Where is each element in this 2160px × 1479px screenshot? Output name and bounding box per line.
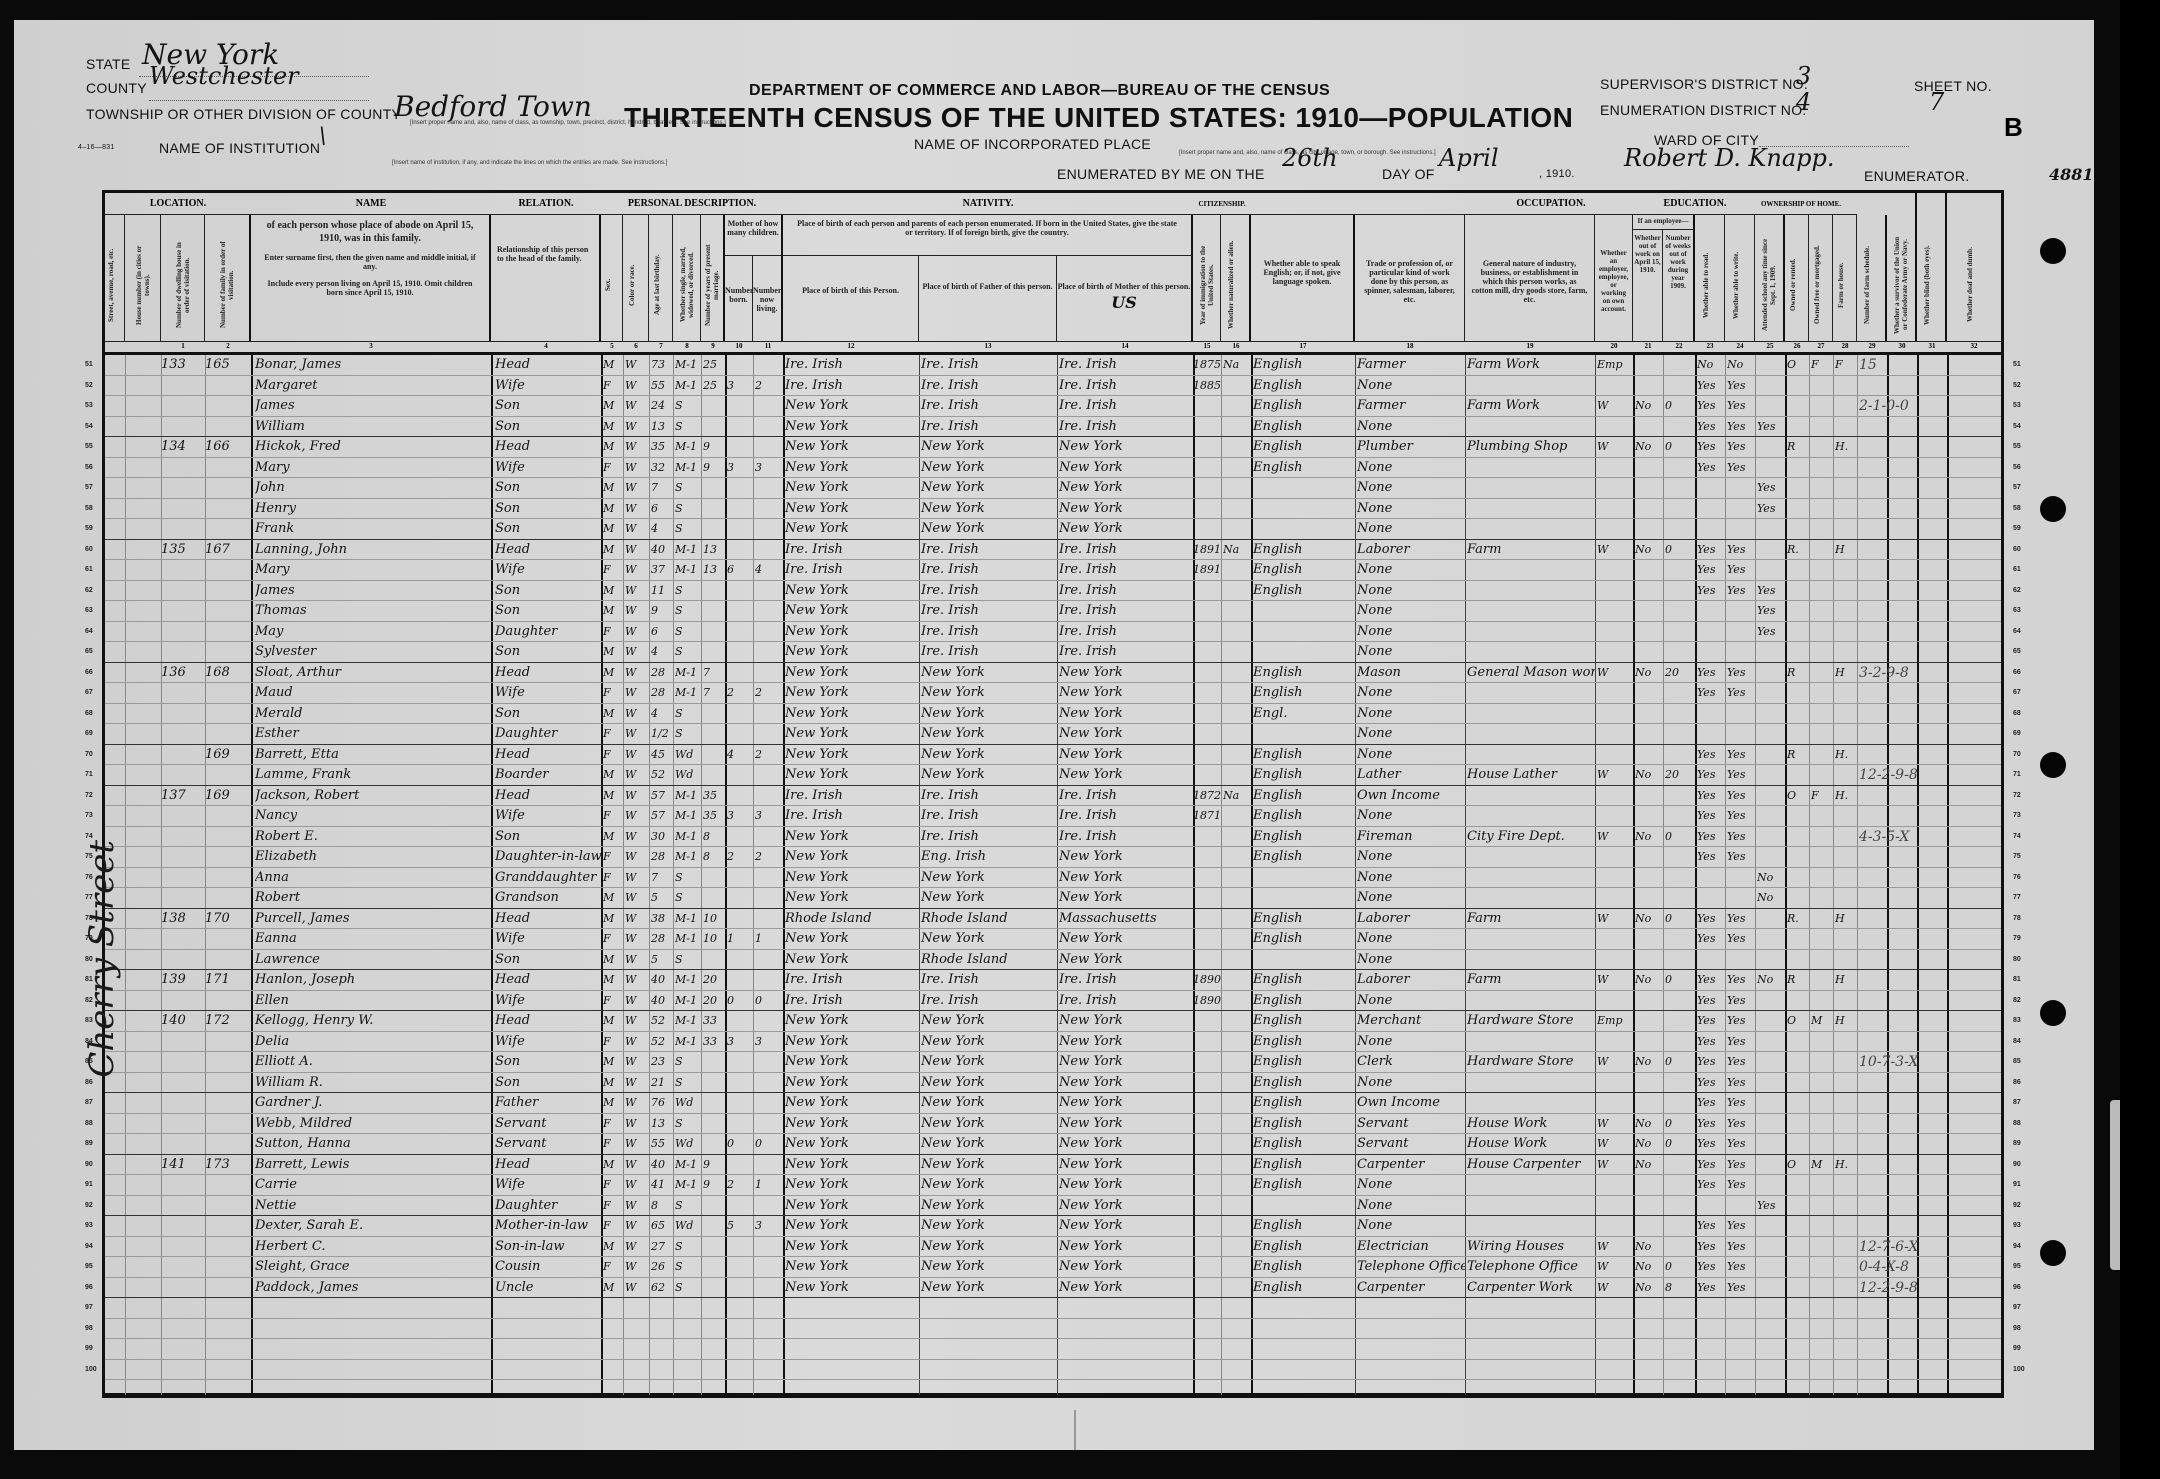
line-number: 57 <box>85 484 93 491</box>
person-name: Kellogg, Henry W. <box>255 1011 491 1031</box>
owned-rented <box>1787 1134 1809 1154</box>
table-row: 5959FrankSonMW4SNew YorkNew YorkNew York… <box>105 519 2001 540</box>
hdr-out-of-work: Whether out of work on April 15, 1910. <box>1634 234 1661 274</box>
person-name: Delia <box>255 1032 491 1052</box>
race: W <box>625 663 649 683</box>
hdr-name-note1: Enter surname first, then the given name… <box>259 253 481 271</box>
farm-house <box>1835 991 1857 1011</box>
weeks-out <box>1665 519 1695 539</box>
dwelling-number: 134 <box>161 437 205 457</box>
dwelling-number <box>161 1093 205 1113</box>
farm-schedule <box>1859 458 1949 478</box>
farm-schedule <box>1859 704 1949 724</box>
birthplace: New York <box>785 417 919 437</box>
occupation: Own Income <box>1357 1093 1465 1113</box>
father-birthplace: New York <box>921 1175 1057 1195</box>
immigration-year <box>1193 1196 1223 1216</box>
mother-birthplace: New York <box>1059 683 1193 703</box>
farm-schedule <box>1859 1073 1949 1093</box>
line-number: 97 <box>85 1304 93 1311</box>
children-born: 3 <box>727 376 753 396</box>
sex: M <box>603 1278 623 1298</box>
years-married <box>703 581 725 601</box>
census-table: LOCATION. NAME RELATION. PERSONAL DESCRI… <box>102 190 2004 1398</box>
children-living: 0 <box>755 1134 783 1154</box>
occupation: Own Income <box>1357 786 1465 806</box>
owned-rented <box>1787 1257 1809 1277</box>
line-number-right: 52 <box>2013 382 2021 389</box>
punch-hole <box>2040 496 2066 522</box>
owned-rented: O <box>1787 1011 1809 1031</box>
immigration-year <box>1193 1011 1223 1031</box>
immigration-year <box>1193 1114 1223 1134</box>
speaks-english: English <box>1253 1052 1355 1072</box>
line-number: 70 <box>85 751 93 758</box>
immigration-year <box>1193 847 1223 867</box>
sex: M <box>603 540 623 560</box>
colnum: 27 <box>1809 342 1833 350</box>
sex: M <box>603 355 623 375</box>
farm-house <box>1835 1175 1857 1195</box>
colnum: 25 <box>1755 342 1785 350</box>
can-read: Yes <box>1697 396 1725 416</box>
free-mortgaged <box>1811 745 1833 765</box>
speaks-english: English <box>1253 786 1355 806</box>
industry <box>1467 622 1595 642</box>
line-number-right: 66 <box>2013 669 2021 676</box>
marital-status: S <box>675 724 701 744</box>
father-birthplace: Ire. Irish <box>921 396 1057 416</box>
family-number: 167 <box>205 540 251 560</box>
dwelling-number <box>161 1114 205 1134</box>
children-living: 4 <box>755 560 783 580</box>
line-number: 58 <box>85 505 93 512</box>
race: W <box>625 683 649 703</box>
mother-birthplace: New York <box>1059 1073 1193 1093</box>
can-write: Yes <box>1727 970 1755 990</box>
can-read <box>1697 888 1725 908</box>
can-read: Yes <box>1697 458 1725 478</box>
employer-status: W <box>1597 1237 1633 1257</box>
family-number: 173 <box>205 1155 251 1175</box>
dwelling-number <box>161 765 205 785</box>
children-living <box>755 622 783 642</box>
attended-school <box>1757 745 1785 765</box>
employer-status: W <box>1597 1155 1633 1175</box>
dwelling-number <box>161 519 205 539</box>
mother-birthplace: Ire. Irish <box>1059 417 1193 437</box>
out-of-work <box>1635 950 1663 970</box>
occupation: None <box>1357 417 1465 437</box>
weeks-out: 0 <box>1665 437 1695 457</box>
sex: F <box>603 1032 623 1052</box>
incorporated-place-label: Name of incorporated place <box>914 136 1151 152</box>
dwelling-number <box>161 376 205 396</box>
attended-school <box>1757 827 1785 847</box>
employer-status <box>1597 1216 1633 1236</box>
industry <box>1467 1093 1595 1113</box>
weeks-out <box>1665 376 1695 396</box>
sex: F <box>603 458 623 478</box>
can-write <box>1727 868 1755 888</box>
family-number <box>205 458 251 478</box>
can-read: Yes <box>1697 1216 1725 1236</box>
relation: Son <box>495 499 601 519</box>
owned-rented <box>1787 1216 1809 1236</box>
can-write: Yes <box>1727 1278 1755 1298</box>
occupation: None <box>1357 478 1465 498</box>
weeks-out <box>1665 1175 1695 1195</box>
dwelling-number <box>161 1257 205 1277</box>
table-row: 7272137169Jackson, RobertHeadMW57M-135Ir… <box>105 786 2001 807</box>
out-of-work <box>1635 581 1663 601</box>
colnum: 32 <box>1947 342 2001 350</box>
farm-house: F <box>1835 355 1857 375</box>
speaks-english: English <box>1253 683 1355 703</box>
family-number <box>205 827 251 847</box>
occupation: Merchant <box>1357 1011 1465 1031</box>
can-read: Yes <box>1697 1011 1725 1031</box>
industry <box>1467 458 1595 478</box>
line-number-right: 96 <box>2013 1284 2021 1291</box>
marital-status: S <box>675 1278 701 1298</box>
can-write: Yes <box>1727 663 1755 683</box>
out-of-work <box>1635 806 1663 826</box>
children-living: 3 <box>755 1032 783 1052</box>
weeks-out <box>1665 1216 1695 1236</box>
line-number: 65 <box>85 648 93 655</box>
weeks-out: 0 <box>1665 970 1695 990</box>
can-read: Yes <box>1697 540 1725 560</box>
age: 41 <box>651 1175 673 1195</box>
marital-status: S <box>675 622 701 642</box>
sex: F <box>603 724 623 744</box>
can-read <box>1697 601 1725 621</box>
sex: F <box>603 991 623 1011</box>
family-number <box>205 950 251 970</box>
relation: Uncle <box>495 1278 601 1298</box>
immigration-year <box>1193 1216 1223 1236</box>
scan-border <box>2120 0 2160 1479</box>
immigration-year: 1875 <box>1193 355 1223 375</box>
father-birthplace: New York <box>921 929 1057 949</box>
occupation: Lather <box>1357 765 1465 785</box>
colnum: 15 <box>1193 342 1221 350</box>
employer-status: W <box>1597 1114 1633 1134</box>
children-born: 4 <box>727 745 753 765</box>
occupation: None <box>1357 642 1465 662</box>
father-birthplace: New York <box>921 888 1057 908</box>
farm-schedule <box>1859 745 1949 765</box>
years-married <box>703 1093 725 1113</box>
speaks-english: English <box>1253 745 1355 765</box>
attended-school <box>1757 704 1785 724</box>
can-write <box>1727 642 1755 662</box>
farm-schedule <box>1859 642 1949 662</box>
dwelling-number <box>161 724 205 744</box>
years-married <box>703 1278 725 1298</box>
farm-house <box>1835 1237 1857 1257</box>
birthplace: New York <box>785 396 919 416</box>
immigration-year <box>1193 765 1223 785</box>
relation: Daughter <box>495 724 601 744</box>
children-born: 3 <box>727 1032 753 1052</box>
children-living: 3 <box>755 458 783 478</box>
farm-schedule <box>1859 950 1949 970</box>
father-birthplace: New York <box>921 704 1057 724</box>
speaks-english <box>1253 1196 1355 1216</box>
line-number-right: 56 <box>2013 464 2021 471</box>
industry <box>1467 929 1595 949</box>
occupation: Farmer <box>1357 355 1465 375</box>
children-living <box>755 909 783 929</box>
employer-status: W <box>1597 396 1633 416</box>
owned-rented <box>1787 929 1809 949</box>
employer-status <box>1597 560 1633 580</box>
attended-school <box>1757 663 1785 683</box>
hdr-street: Street, avenue, road, etc. <box>107 235 115 335</box>
farm-schedule <box>1859 868 1949 888</box>
naturalization <box>1223 1237 1251 1257</box>
owned-rented <box>1787 519 1809 539</box>
occupation: None <box>1357 868 1465 888</box>
children-living <box>755 970 783 990</box>
marital-status: M-1 <box>675 929 701 949</box>
farm-schedule <box>1859 1114 1949 1134</box>
relation: Daughter <box>495 1196 601 1216</box>
line-number-right: 88 <box>2013 1120 2021 1127</box>
farm-schedule <box>1859 909 1949 929</box>
can-read: Yes <box>1697 376 1725 396</box>
father-birthplace: New York <box>921 765 1057 785</box>
employer-status <box>1597 806 1633 826</box>
owned-rented <box>1787 581 1809 601</box>
owned-rented <box>1787 1237 1809 1257</box>
form-code: 4–16—831 <box>78 144 115 151</box>
can-write <box>1727 601 1755 621</box>
speaks-english: English <box>1253 806 1355 826</box>
employer-status <box>1597 847 1633 867</box>
colnum: 13 <box>919 342 1057 350</box>
naturalization <box>1223 601 1251 621</box>
line-number: 93 <box>85 1222 93 1229</box>
years-married: 25 <box>703 355 725 375</box>
naturalization <box>1223 745 1251 765</box>
speaks-english <box>1253 499 1355 519</box>
children-born <box>727 888 753 908</box>
out-of-work <box>1635 683 1663 703</box>
age: 38 <box>651 909 673 929</box>
out-of-work <box>1635 417 1663 437</box>
line-number-right: 80 <box>2013 956 2021 963</box>
children-born <box>727 1073 753 1093</box>
children-born: 0 <box>727 991 753 1011</box>
immigration-year: 1891 <box>1193 540 1223 560</box>
attended-school <box>1757 909 1785 929</box>
free-mortgaged <box>1811 950 1833 970</box>
employer-status <box>1597 1175 1633 1195</box>
line-number-right: 75 <box>2013 853 2021 860</box>
line-number: 67 <box>85 689 93 696</box>
free-mortgaged: M <box>1811 1011 1833 1031</box>
occupation: Electrician <box>1357 1237 1465 1257</box>
years-married: 20 <box>703 991 725 1011</box>
weeks-out <box>1665 704 1695 724</box>
naturalization: Na <box>1223 540 1251 560</box>
immigration-year <box>1193 724 1223 744</box>
age: 4 <box>651 704 673 724</box>
naturalization <box>1223 437 1251 457</box>
supervisor-district-value: 3 <box>1796 62 1811 90</box>
father-birthplace: New York <box>921 437 1057 457</box>
children-born: 3 <box>727 458 753 478</box>
table-row: 6868MeraldSonMW4SNew YorkNew YorkNew Yor… <box>105 704 2001 725</box>
owned-rented: R. <box>1787 909 1809 929</box>
farm-schedule <box>1859 847 1949 867</box>
industry <box>1467 991 1595 1011</box>
owned-rented <box>1787 724 1809 744</box>
attended-school <box>1757 642 1785 662</box>
sex: F <box>603 1175 623 1195</box>
years-married <box>703 745 725 765</box>
children-living <box>755 1155 783 1175</box>
children-born: 2 <box>727 683 753 703</box>
farm-schedule <box>1859 601 1949 621</box>
hdr-pob-mother: Place of birth of Mother of this person. <box>1057 282 1191 291</box>
age: 11 <box>651 581 673 601</box>
marital-status: S <box>675 1073 701 1093</box>
race: W <box>625 376 649 396</box>
person-name: Robert <box>255 888 491 908</box>
person-name: Frank <box>255 519 491 539</box>
out-of-work: No <box>1635 540 1663 560</box>
owned-rented <box>1787 683 1809 703</box>
sex: M <box>603 1093 623 1113</box>
father-birthplace: New York <box>921 868 1057 888</box>
line-number-right: 63 <box>2013 607 2021 614</box>
years-married <box>703 601 725 621</box>
owned-rented <box>1787 1175 1809 1195</box>
employer-status <box>1597 745 1633 765</box>
farm-house <box>1835 724 1857 744</box>
marital-status: Wd <box>675 1134 701 1154</box>
marital-status: M-1 <box>675 909 701 929</box>
can-read: Yes <box>1697 1155 1725 1175</box>
farm-schedule: 12-2-9-8 <box>1859 1278 1949 1298</box>
children-living: 2 <box>755 376 783 396</box>
farm-house <box>1835 458 1857 478</box>
line-number-right: 74 <box>2013 833 2021 840</box>
speaks-english <box>1253 724 1355 744</box>
years-married: 25 <box>703 376 725 396</box>
naturalization <box>1223 929 1251 949</box>
person-name: Margaret <box>255 376 491 396</box>
industry <box>1467 704 1595 724</box>
out-of-work <box>1635 1073 1663 1093</box>
immigration-year <box>1193 868 1223 888</box>
person-name: Carrie <box>255 1175 491 1195</box>
family-number <box>205 519 251 539</box>
family-number <box>205 704 251 724</box>
birthplace: Ire. Irish <box>785 970 919 990</box>
employer-status <box>1597 478 1633 498</box>
birthplace: New York <box>785 642 919 662</box>
relation: Servant <box>495 1134 601 1154</box>
children-living <box>755 601 783 621</box>
family-number <box>205 622 251 642</box>
person-name: Sutton, Hanna <box>255 1134 491 1154</box>
line-number: 62 <box>85 587 93 594</box>
immigration-year <box>1193 1257 1223 1277</box>
owned-rented <box>1787 560 1809 580</box>
birthplace: New York <box>785 765 919 785</box>
employer-status <box>1597 929 1633 949</box>
attended-school <box>1757 786 1785 806</box>
naturalization <box>1223 1011 1251 1031</box>
industry <box>1467 1073 1595 1093</box>
out-of-work <box>1635 1011 1663 1031</box>
occupation: None <box>1357 581 1465 601</box>
occupation: None <box>1357 1032 1465 1052</box>
weeks-out: 0 <box>1665 1114 1695 1134</box>
out-of-work <box>1635 847 1663 867</box>
age: 13 <box>651 417 673 437</box>
colnum: 11 <box>753 342 783 350</box>
mother-birthplace: New York <box>1059 1114 1193 1134</box>
employer-status: W <box>1597 540 1633 560</box>
marital-status: S <box>675 1196 701 1216</box>
occupation: None <box>1357 376 1465 396</box>
years-married: 8 <box>703 847 725 867</box>
marital-status: S <box>675 950 701 970</box>
farm-schedule <box>1859 1175 1949 1195</box>
age: 13 <box>651 1114 673 1134</box>
can-write: Yes <box>1727 1032 1755 1052</box>
can-read: Yes <box>1697 1257 1725 1277</box>
children-born <box>727 622 753 642</box>
out-of-work <box>1635 1093 1663 1113</box>
hdr-school: Attended school any time since Sept. 1, … <box>1761 235 1777 335</box>
relation: Wife <box>495 458 601 478</box>
immigration-year <box>1193 1093 1223 1113</box>
mother-birthplace: New York <box>1059 724 1193 744</box>
line-number-right: 67 <box>2013 689 2021 696</box>
employer-status <box>1597 581 1633 601</box>
speaks-english: English <box>1253 1155 1355 1175</box>
person-name: Elizabeth <box>255 847 491 867</box>
farm-schedule <box>1859 1011 1949 1031</box>
relation: Son <box>495 950 601 970</box>
age: 4 <box>651 519 673 539</box>
relation: Head <box>495 540 601 560</box>
owned-rented <box>1787 417 1809 437</box>
employer-status <box>1597 1073 1633 1093</box>
mother-birthplace: New York <box>1059 1155 1193 1175</box>
children-living <box>755 642 783 662</box>
industry <box>1467 724 1595 744</box>
out-of-work <box>1635 745 1663 765</box>
employer-status <box>1597 888 1633 908</box>
father-birthplace: Eng. Irish <box>921 847 1057 867</box>
line-number-right: 77 <box>2013 894 2021 901</box>
hdr-pob-person: Place of birth of this Person. <box>783 286 918 295</box>
attended-school <box>1757 1257 1785 1277</box>
farm-schedule <box>1859 991 1949 1011</box>
industry <box>1467 642 1595 662</box>
can-write: Yes <box>1727 1175 1755 1195</box>
years-married <box>703 1052 725 1072</box>
naturalization <box>1223 1114 1251 1134</box>
